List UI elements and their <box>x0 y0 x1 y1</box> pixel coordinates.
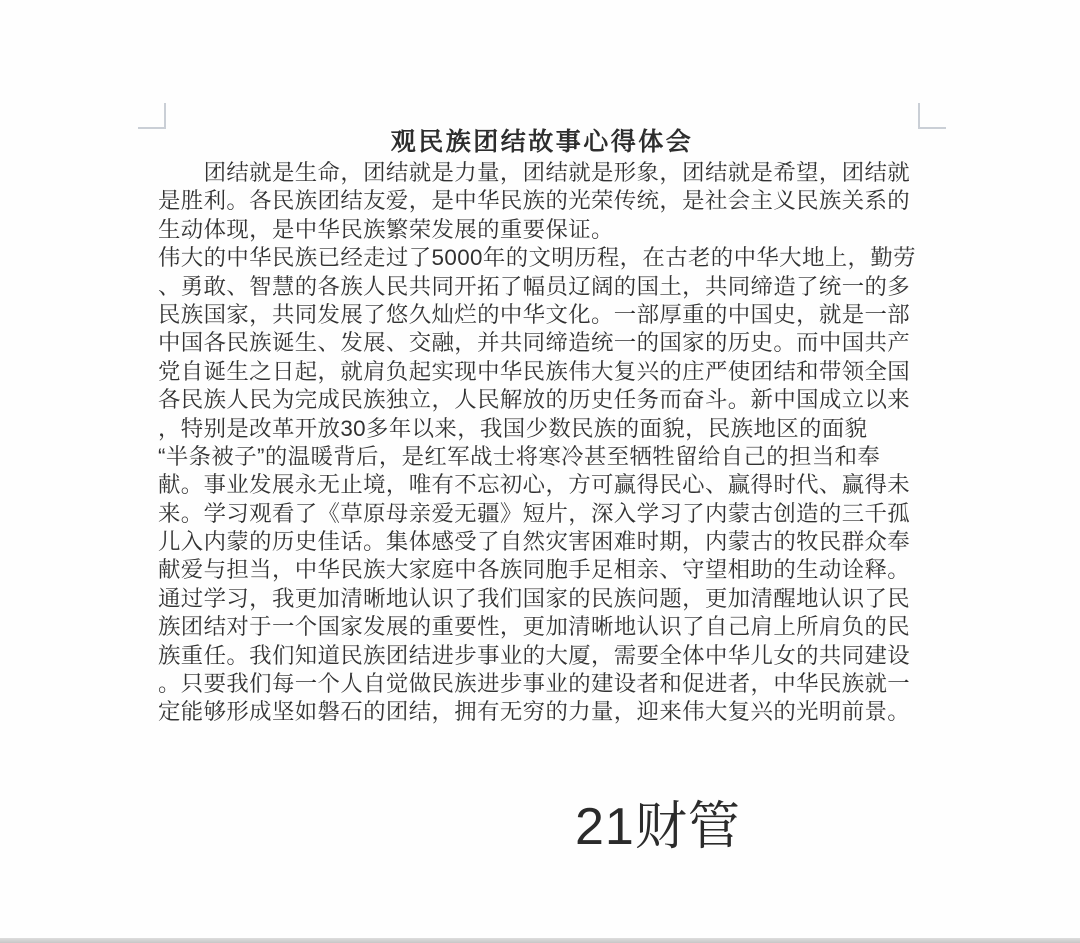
document-title: 观民族团结故事心得体会 <box>158 122 926 158</box>
text-line: 、勇敢、智慧的各族人民共同开拓了幅员辽阔的国土，共同缔造了统一的多 <box>158 273 948 301</box>
text-line: 儿入内蒙的历史佳话。集体感受了自然灾害困难时期，内蒙古的牧民群众奉 <box>158 528 948 556</box>
text-line: 生动体现，是中华民族繁荣发展的重要保证。 <box>158 216 948 244</box>
bottom-edge-shadow <box>0 938 1080 943</box>
document-body: 团结就是生命，团结就是力量，团结就是形象，团结就是希望，团结就是胜利。各民族团结… <box>158 159 948 727</box>
text-line: 。只要我们每一个人自觉做民族进步事业的建设者和促进者，中华民族就一 <box>158 670 948 698</box>
text-line: 族重任。我们知道民族团结进步事业的大厦，需要全体中华儿女的共同建设 <box>158 642 948 670</box>
text-line: 献。事业发展永无止境，唯有不忘初心，方可赢得民心、赢得时代、赢得未 <box>158 471 948 499</box>
class-signature: 21财管 <box>575 797 741 857</box>
text-line: 来。学习观看了《草原母亲爱无疆》短片，深入学习了内蒙古创造的三千孤 <box>158 500 948 528</box>
text-line: 中国各民族诞生、发展、交融，并共同缔造统一的国家的历史。而中国共产 <box>158 329 948 357</box>
text-line: 党自诞生之日起，就肩负起实现中华民族伟大复兴的庄严使团结和带领全国 <box>158 358 948 386</box>
text-line: 各民族人民为完成民族独立，人民解放的历史任务而奋斗。新中国成立以来 <box>158 386 948 414</box>
text-line: 伟大的中华民族已经走过了5000年的文明历程，在古老的中华大地上，勤劳 <box>158 244 948 272</box>
text-line: 献爱与担当，中华民族大家庭中各族同胞手足相亲、守望相助的生动诠释。 <box>158 556 948 584</box>
document-page: 观民族团结故事心得体会 团结就是生命，团结就是力量，团结就是形象，团结就是希望，… <box>0 0 1080 943</box>
text-line: 定能够形成坚如磐石的团结，拥有无穷的力量，迎来伟大复兴的光明前景。 <box>158 698 948 726</box>
text-line: 民族国家，共同发展了悠久灿烂的中华文化。一部厚重的中国史，就是一部 <box>158 301 948 329</box>
text-line: 通过学习，我更加清晰地认识了我们国家的民族问题，更加清醒地认识了民 <box>158 585 948 613</box>
text-line: 是胜利。各民族团结友爱，是中华民族的光荣传统，是社会主义民族关系的 <box>158 187 948 215</box>
text-line: ，特别是改革开放30多年以来，我国少数民族的面貌，民族地区的面貌 <box>158 415 948 443</box>
text-line: “半条被子”的温暖背后，是红军战士将寒冷甚至牺牲留给自己的担当和奉 <box>158 443 948 471</box>
text-line: 团结就是生命，团结就是力量，团结就是形象，团结就是希望，团结就 <box>158 159 948 187</box>
text-line: 族团结对于一个国家发展的重要性，更加清晰地认识了自己肩上所肩负的民 <box>158 613 948 641</box>
